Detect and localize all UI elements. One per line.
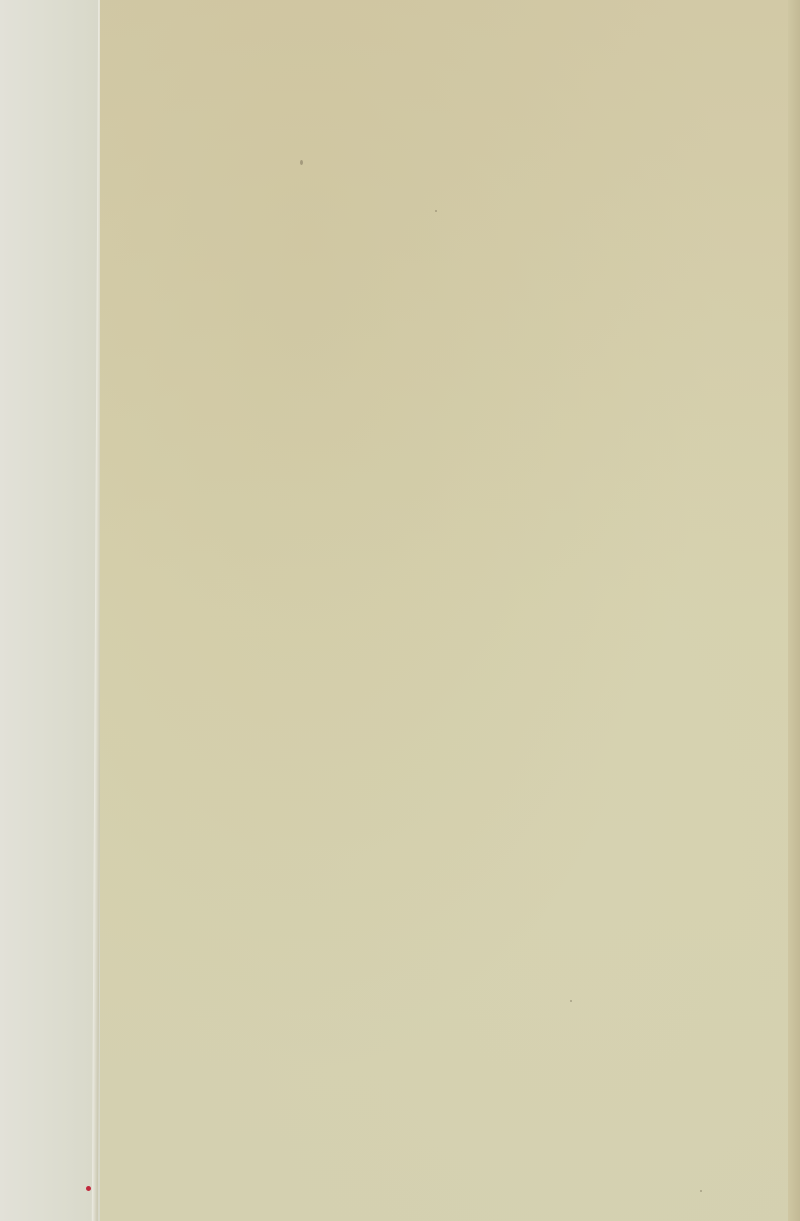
paper-speck: [570, 1000, 572, 1002]
paper-speck: [700, 1190, 702, 1192]
right-page-edge: [788, 0, 800, 1221]
paper-speck: [300, 160, 303, 165]
red-mark: [86, 1186, 91, 1191]
paper-speck: [435, 210, 437, 212]
blank-page: [100, 0, 790, 1221]
left-paper-strip: [0, 0, 100, 1221]
